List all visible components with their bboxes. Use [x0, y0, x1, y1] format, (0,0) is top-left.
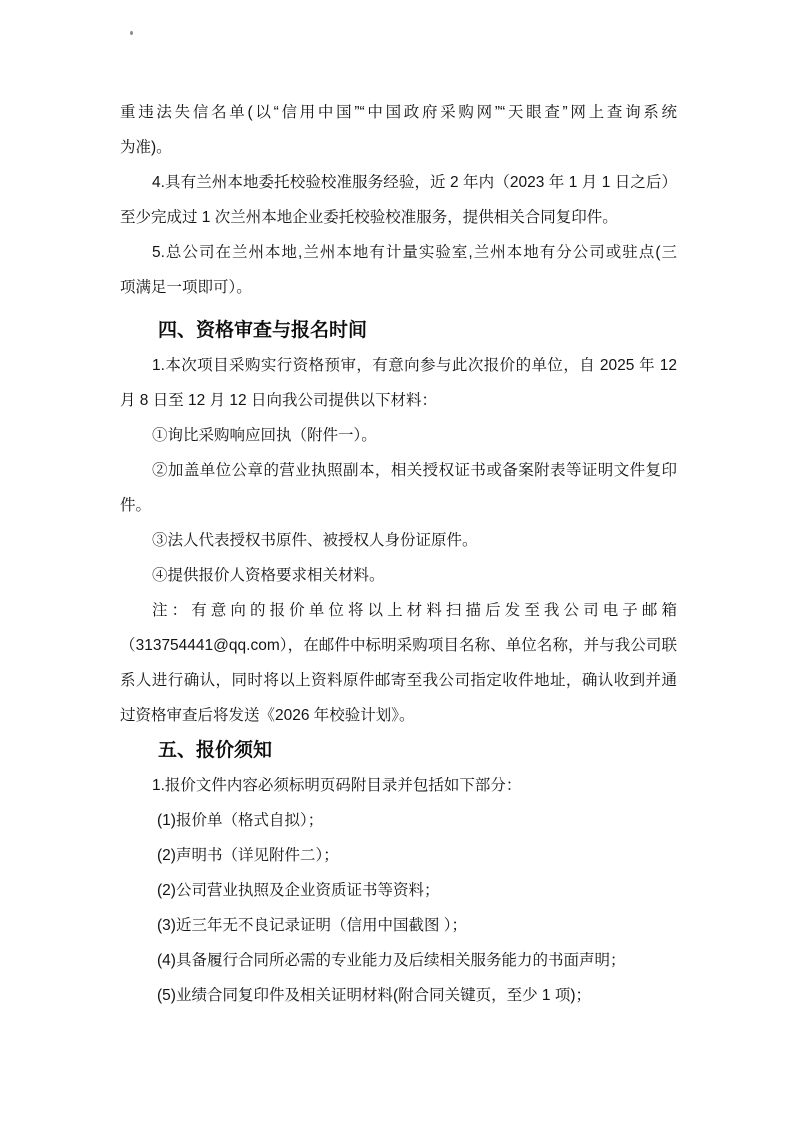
list-item: (5)业绩合同复印件及相关证明材料(附合同关键页，至少 1 项)；	[120, 978, 677, 1013]
document-line: 至少完成过 1 次兰州本地企业委托校验校准服务，提供相关合同复印件。	[120, 200, 677, 235]
document-line: 月 8 日至 12 月 12 日向我公司提供以下材料：	[120, 383, 677, 418]
document-line: 系人进行确认，同时将以上资料原件邮寄至我公司指定收件地址，确认收到并通	[120, 663, 677, 698]
document-line: ②加盖单位公章的营业执照副本，相关授权证书或备案附表等证明文件复印	[120, 453, 677, 488]
document-line: 1.报价文件内容必须标明页码附目录并包括如下部分：	[120, 768, 677, 803]
list-item: (4)具备履行合同所必需的专业能力及后续相关服务能力的书面声明；	[120, 943, 677, 978]
list-item: (2)声明书（详见附件二）；	[120, 838, 677, 873]
document-line: 4.具有兰州本地委托校验校准服务经验，近 2 年内（2023 年 1 月 1 日…	[120, 165, 677, 200]
heading-section-5: 五、报价须知	[120, 733, 677, 768]
note-line: 注：有意向的报价单位将以上材料扫描后发至我公司电子邮箱	[120, 593, 677, 628]
document-line: 过资格审查后将发送《2026 年校验计划》。	[120, 698, 677, 733]
list-item: (1)报价单（格式自拟）；	[120, 803, 677, 838]
document-line: 重违法失信名单(以“信用中国”“中国政府采购网”“天眼查”网上查询系统	[120, 95, 677, 130]
scanned-document-page: 重违法失信名单(以“信用中国”“中国政府采购网”“天眼查”网上查询系统 为准)。…	[0, 0, 793, 1122]
document-line: 5.总公司在兰州本地,兰州本地有计量实验室,兰州本地有分公司或驻点(三	[120, 235, 677, 270]
document-line: 为准)。	[120, 130, 677, 165]
document-text-block: 重违法失信名单(以“信用中国”“中国政府采购网”“天眼查”网上查询系统 为准)。…	[120, 95, 677, 1013]
document-line: 1.本次项目采购实行资格预审，有意向参与此次报价的单位，自 2025 年 12	[120, 348, 677, 383]
document-line: 件。	[120, 488, 677, 523]
document-line: ③法人代表授权书原件、被授权人身份证原件。	[120, 523, 677, 558]
list-item: (2)公司营业执照及企业资质证书等资料；	[120, 873, 677, 908]
document-line: 项满足一项即可）。	[120, 270, 677, 305]
heading-section-4: 四、资格审查与报名时间	[120, 313, 677, 348]
document-line: ①询比采购响应回执（附件一）。	[120, 418, 677, 453]
list-item: (3)近三年无不良记录证明（信用中国截图 ）；	[120, 908, 677, 943]
scan-artifact-dot	[130, 31, 133, 35]
document-line: ④提供报价人资格要求相关材料。	[120, 558, 677, 593]
document-line: （313754441@qq.com），在邮件中标明采购项目名称、单位名称，并与我…	[120, 628, 677, 663]
